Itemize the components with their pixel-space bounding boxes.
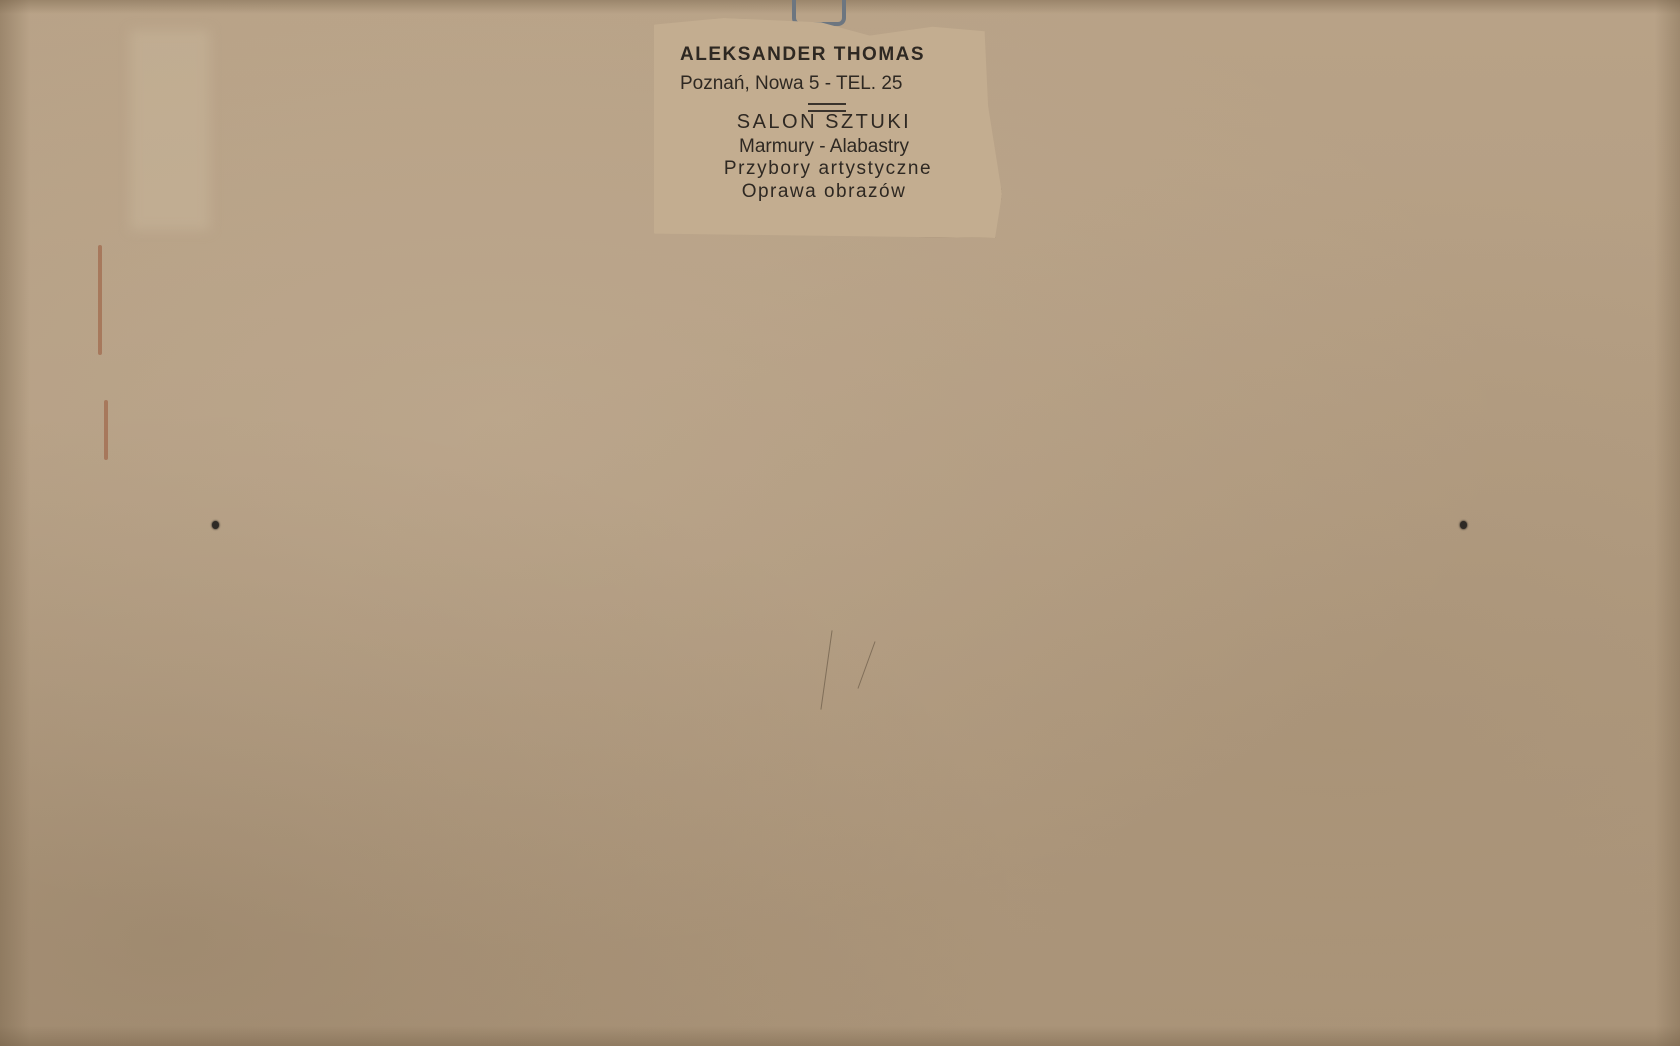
light-patch <box>130 30 210 230</box>
frame-edge-left <box>0 0 30 1046</box>
label-salon: SALON SZTUKI <box>654 111 994 134</box>
nail-head-right <box>1460 521 1467 529</box>
label-marble: Marmury - Alabastry <box>654 136 994 158</box>
frame-edge-right <box>1655 0 1680 1046</box>
label-supplies: Przybory artystyczne <box>654 158 1002 180</box>
framer-label: ALEKSANDER THOMAS Poznań, Nowa 5 - TEL. … <box>654 18 1002 238</box>
label-name: ALEKSANDER THOMAS <box>680 44 925 66</box>
rust-stain <box>98 245 102 355</box>
label-address: Poznań, Nowa 5 - TEL. 25 <box>680 73 903 95</box>
label-framing: Oprawa obrazów <box>654 181 994 203</box>
rust-stain <box>104 400 108 460</box>
frame-edge-bottom <box>0 1026 1680 1046</box>
nail-head-left <box>212 521 219 529</box>
